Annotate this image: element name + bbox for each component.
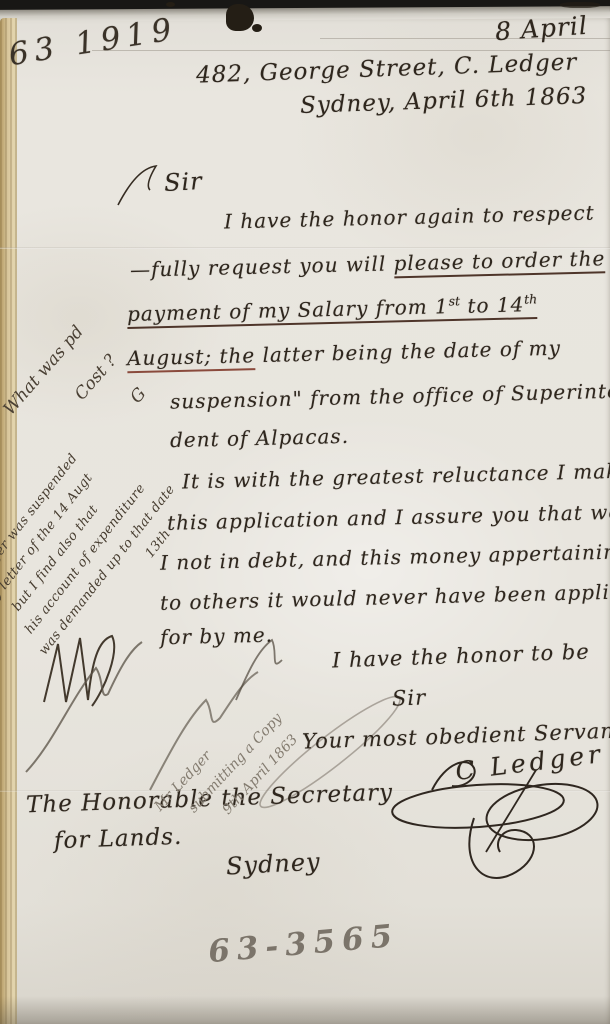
addressee-line: for Lands. bbox=[54, 824, 183, 854]
signature-flourish bbox=[391, 779, 566, 833]
letter-line: for by me. bbox=[160, 623, 274, 650]
pen-mark bbox=[118, 166, 156, 205]
addressee-place: Sydney bbox=[225, 848, 321, 881]
closing-line: Sir bbox=[392, 685, 427, 710]
salutation: Sir bbox=[163, 167, 203, 197]
